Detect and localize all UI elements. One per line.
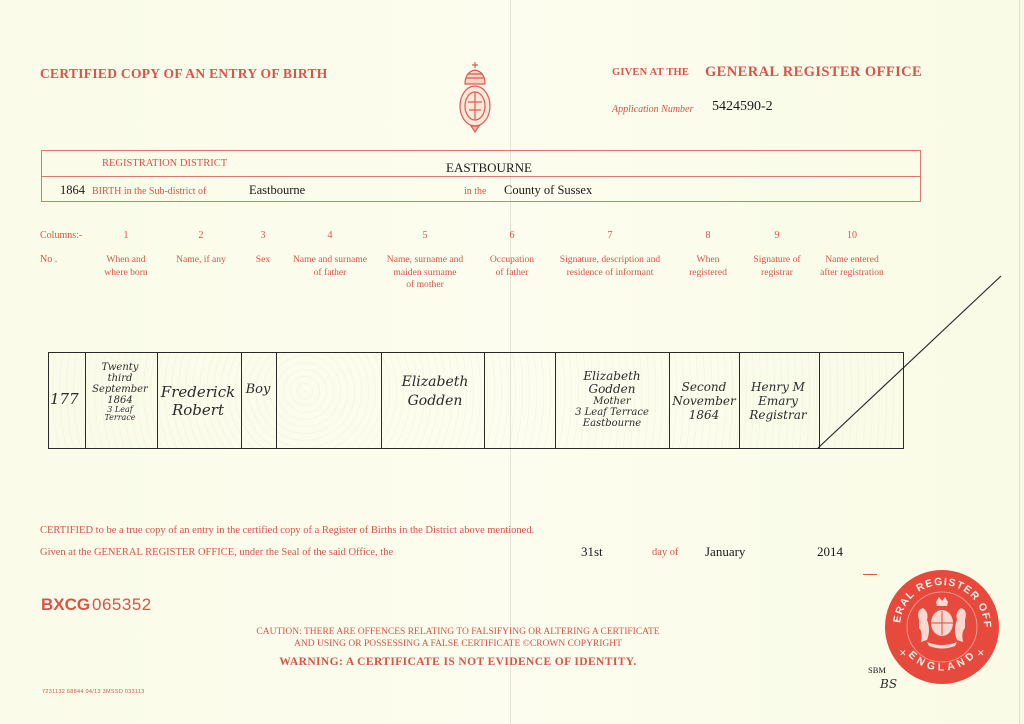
column-heading-line: Signature, description and (560, 254, 660, 267)
sbm-label: SBM (868, 665, 886, 675)
application-number-value: 5424590-2 (712, 99, 773, 115)
serial-number: 065352 (92, 595, 152, 615)
column-divider (819, 353, 820, 448)
district-divider (42, 176, 920, 177)
entry-informant: Elizabeth Godden Mother 3 Leaf Terrace E… (556, 370, 668, 429)
column-number-8: 8 (706, 230, 711, 241)
handwritten-line: Henry M (740, 380, 816, 394)
paper-edge (1019, 0, 1020, 724)
column-heading-when-registered: When registered (689, 254, 727, 279)
column-heading-line: Name, if any (176, 254, 226, 267)
column-divider (381, 353, 382, 448)
handwritten-line: November (670, 394, 738, 408)
sub-district-label: BIRTH in the Sub-district of (92, 186, 206, 197)
column-heading-line: Name, surname and (387, 254, 463, 267)
certification-year: 2014 (817, 544, 843, 560)
svg-text:✕: ✕ (977, 648, 985, 658)
given-at-statement: Given at the GENERAL REGISTER OFFICE, un… (40, 547, 393, 558)
handwritten-line: third (88, 373, 152, 384)
handwritten-line: Registrar (740, 408, 816, 422)
royal-crest-icon (458, 60, 492, 140)
handwritten-line: Mother (556, 396, 668, 407)
entry-mother-name: Elizabeth Godden (384, 373, 486, 411)
certification-statement: CERTIFIED to be a true copy of an entry … (40, 525, 534, 536)
entry-when-registered: Second November 1864 (670, 380, 738, 422)
application-number-label: Application Number (612, 104, 693, 115)
registration-district-value: EASTBOURNE (446, 160, 532, 176)
column-number-7: 7 (608, 230, 613, 241)
handwritten-line: Robert (156, 401, 240, 419)
handwritten-line: Second (670, 380, 738, 394)
certification-day: 31st (581, 544, 603, 560)
column-heading-line: When (689, 254, 727, 267)
handwritten-line: Twenty (88, 362, 152, 373)
column-heading-line: When and (104, 254, 147, 267)
column-heading-line: Signature of (753, 254, 800, 267)
county-value: County of Sussex (504, 183, 592, 198)
column-heading-line: registrar (753, 267, 800, 280)
column-heading-line: Name and surname (293, 254, 367, 267)
identity-warning: WARNING: A CERTIFICATE IS NOT EVIDENCE O… (0, 656, 916, 668)
column-heading-name-after-registration: Name entered after registration (820, 254, 884, 279)
caution-notice-line2: AND USING OR POSSESSING A FALSE CERTIFIC… (0, 639, 916, 651)
column-heading-mother-name: Name, surname and maiden surname of moth… (387, 254, 463, 292)
column-heading-line: Name entered (820, 254, 884, 267)
handwritten-line: Eastbourne (556, 418, 668, 429)
handwritten-line: 1864 (670, 408, 738, 422)
column-number-9: 9 (775, 230, 780, 241)
column-heading-line: Occupation (490, 254, 534, 267)
column-heading-line: where born (104, 267, 147, 280)
handwritten-line: Frederick (156, 383, 240, 401)
certificate-title: CERTIFIED COPY OF AN ENTRY OF BIRTH (40, 66, 328, 82)
column-heading-line: registered (689, 267, 727, 280)
svg-text:✕: ✕ (899, 648, 907, 658)
caution-notice-line1: CAUTION: THERE ARE OFFENCES RELATING TO … (0, 627, 916, 639)
column-heading-line: of mother (387, 279, 463, 292)
entry-number: 177 (50, 393, 79, 406)
column-heading-line: Sex (256, 254, 270, 267)
column-divider (241, 353, 242, 448)
handwritten-line: Emary (740, 394, 816, 408)
column-heading-name: Name, if any (176, 254, 226, 267)
registration-district-label: REGISTRATION DISTRICT (102, 158, 227, 169)
column-divider (85, 353, 86, 448)
column-heading-sex: Sex (256, 254, 270, 267)
column-number-1: 1 (124, 230, 129, 241)
seal-rule (863, 574, 877, 575)
general-register-office-title: GENERAL REGISTER OFFICE (705, 64, 922, 81)
column-heading-line: residence of informant (560, 267, 660, 280)
column-heading-registrar-signature: Signature of registrar (753, 254, 800, 279)
sub-district-value: Eastbourne (249, 183, 305, 198)
column-heading-informant: Signature, description and residence of … (560, 254, 660, 279)
form-code: 7231132 68844 04/13 3MSSD 033113 (42, 689, 145, 695)
officer-initials: BS (880, 677, 897, 691)
column-heading-line: of father (293, 267, 367, 280)
column-heading-line: after registration (820, 267, 884, 280)
column-heading-father-name: Name and surname of father (293, 254, 367, 279)
certification-month: January (705, 544, 745, 560)
column-number-10: 10 (847, 230, 857, 241)
given-at-label: GIVEN AT THE (612, 67, 689, 78)
column-divider (276, 353, 277, 448)
column-number-5: 5 (423, 230, 428, 241)
handwritten-line: Godden (556, 383, 668, 396)
column-number-3: 3 (261, 230, 266, 241)
handwritten-line: 3 Leaf Terrace (556, 407, 668, 418)
column-number-4: 4 (328, 230, 333, 241)
general-register-office-seal-icon: GENERAL REGISTER OFFICE ENGLAND ✕ ✕ (883, 568, 1001, 686)
columns-label: Columns:- (40, 230, 82, 241)
county-label: in the (464, 186, 487, 197)
column-heading-line: of father (490, 267, 534, 280)
entry-registrar-signature: Henry M Emary Registrar (740, 380, 816, 422)
handwritten-line: September (88, 384, 152, 395)
column-heading-father-occupation: Occupation of father (490, 254, 534, 279)
handwritten-line: Terrace (88, 414, 152, 422)
registration-year: 1864 (60, 183, 85, 198)
handwritten-line: Elizabeth (384, 373, 486, 392)
handwritten-line: Godden (384, 392, 486, 411)
column-heading-when-where-born: When and where born (104, 254, 147, 279)
day-of-label: day of (652, 547, 679, 558)
entry-sex: Boy (241, 383, 275, 396)
column-no-label: No . (40, 254, 57, 265)
serial-prefix: BXCG (41, 595, 90, 615)
entry-when-where-born: Twenty third September 1864 3 Leaf Terra… (88, 362, 152, 422)
column-number-2: 2 (199, 230, 204, 241)
column-number-6: 6 (510, 230, 515, 241)
entry-child-name: Frederick Robert (156, 383, 240, 419)
column-heading-line: maiden surname (387, 267, 463, 280)
